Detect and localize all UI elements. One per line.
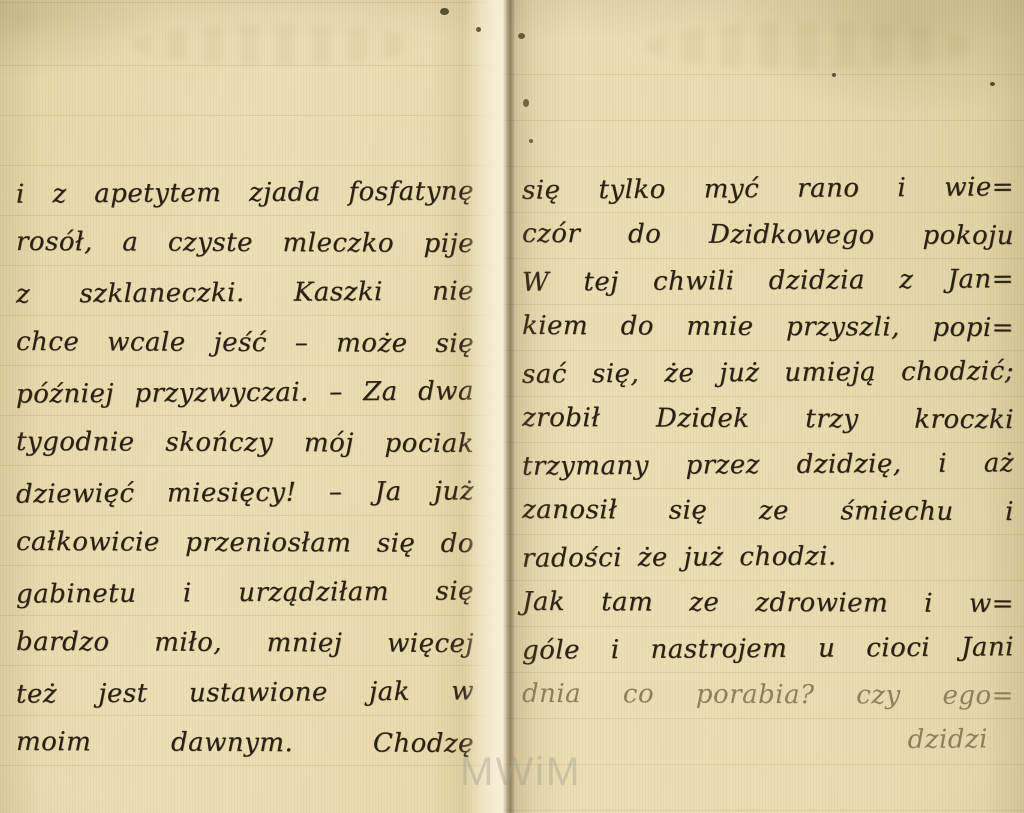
- handwritten-line: całkowicie przeniosłam się do: [16, 517, 474, 569]
- handwritten-line: trzymany przez dzidzię, i aż: [522, 440, 1014, 489]
- handwritten-line: góle i nastrojem u cioci Jani: [522, 624, 1014, 673]
- handwritten-line: dnia co porabia? czy ego=: [522, 671, 1014, 719]
- handwritten-line: Jak tam ze zdrowiem i w=: [522, 579, 1014, 627]
- handwritten-line: zrobił Dzidek trzy kroczki: [522, 395, 1014, 443]
- handwritten-line: W tej chwili dzidzia z Jan=: [522, 256, 1014, 305]
- notebook-spread: i z apetytem zjada fosfatynęrosół, a czy…: [0, 0, 1024, 813]
- handwritten-line: dziewięć miesięcy! – Ja już: [16, 466, 474, 519]
- handwritten-line: z szklaneczki. Kaszki nie: [16, 266, 474, 319]
- handwritten-line: dzidzi: [522, 716, 1014, 765]
- handwritten-line: moim dawnym. Chodzę: [16, 717, 474, 769]
- handwritten-line: później przyzwyczai. – Za dwa: [16, 366, 474, 419]
- handwritten-line: rosół, a czyste mleczko pije: [16, 217, 474, 269]
- handwritten-line: bardzo miło, mniej więcej: [16, 617, 474, 669]
- right-page-text: się tylko myć rano i wie=czór do Dzidkow…: [522, 166, 1014, 764]
- left-page-text: i z apetytem zjada fosfatynęrosół, a czy…: [16, 168, 474, 768]
- handwritten-line: radości że już chodzi.: [522, 532, 1014, 581]
- handwritten-line: kiem do mnie przyszli, popi=: [522, 303, 1014, 351]
- handwritten-line: chce wcale jeść – może się: [16, 317, 474, 369]
- handwritten-line: sać się, że już umieją chodzić;: [522, 348, 1014, 397]
- handwritten-line: się tylko myć rano i wie=: [522, 164, 1014, 213]
- handwritten-line: zanosił się ze śmiechu i: [522, 487, 1014, 535]
- handwritten-line: też jest ustawione jak w: [16, 666, 474, 719]
- handwritten-line: i z apetytem zjada fosfatynę: [16, 166, 474, 219]
- handwritten-line: gabinetu i urządziłam się: [16, 566, 474, 619]
- handwritten-line: czór do Dzidkowego pokoju: [522, 211, 1014, 259]
- handwritten-line: tygodnie skończy mój pociak: [16, 417, 474, 469]
